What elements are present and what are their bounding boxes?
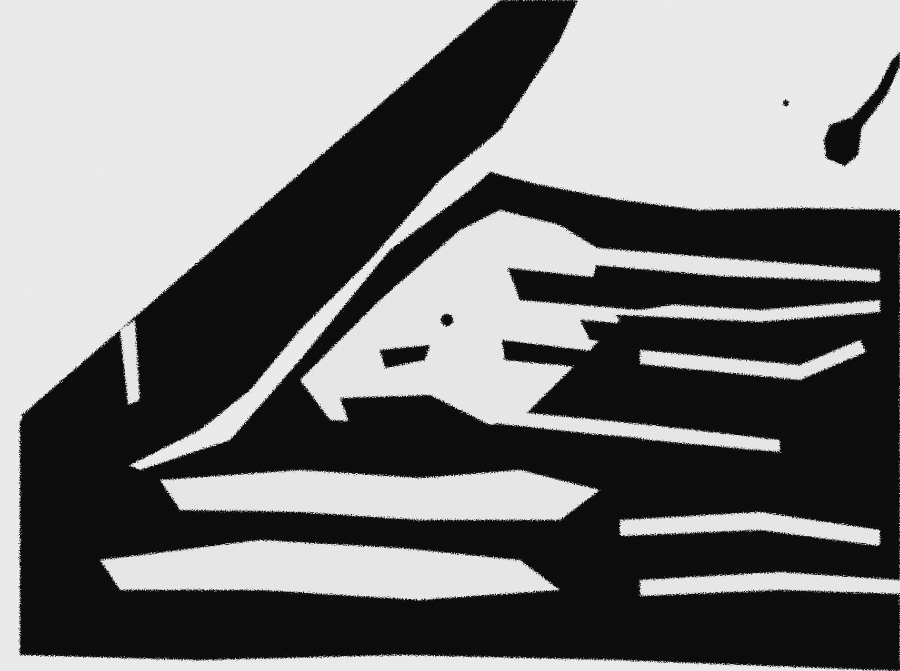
abstract-painting <box>0 0 900 671</box>
canvas-texture <box>0 0 900 671</box>
painting-canvas: Abstract black ink/acrylic painting on t… <box>0 0 900 671</box>
